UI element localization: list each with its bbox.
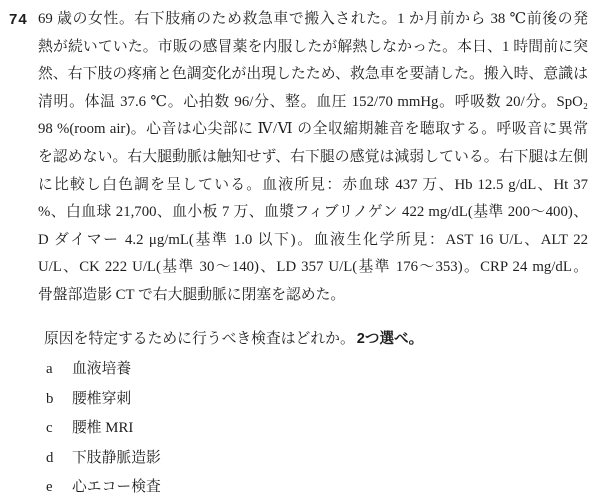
option-b-letter: b — [46, 385, 72, 415]
option-b: b腰椎穿刺 — [46, 385, 566, 415]
select-two-emphasis: 2つ選べ。 — [357, 331, 424, 347]
case-line-4: 清明。体温 37.6 ℃。心拍数 96/分、整。血圧 152/70 mmHg。呼… — [38, 89, 588, 117]
option-d-letter: d — [46, 444, 72, 474]
case-line-3: 然、右下肢の疼痛と色調変化が出現したため、救急車を要請した。搬入時、意識は — [38, 61, 588, 89]
case-line-11: 骨盤部造影 CT で右大腿動脈に閉塞を認めた。 — [38, 282, 588, 310]
case-line-9: D ダイマー 4.2 μg/mL(基準 1.0 以下)。血液生化学所見：AST … — [38, 227, 588, 255]
option-a-letter: a — [46, 355, 72, 385]
option-e-label: 心エコー検査 — [72, 479, 161, 495]
option-c-label: 腰椎 MRI — [72, 420, 133, 436]
case-line-10: U/L、CK 222 U/L(基準 30～140)、LD 357 U/L(基準 … — [38, 254, 588, 282]
option-e: e心エコー検査 — [46, 473, 566, 497]
case-line-5: 98 %(room air)。心音は心尖部に Ⅳ/Ⅵ の全収縮期雑音を聴取する。… — [38, 116, 588, 144]
option-b-label: 腰椎穿刺 — [72, 391, 131, 407]
option-a-label: 血液培養 — [72, 361, 131, 377]
case-description: 69 歳の女性。右下肢痛のため救急車で搬入された。1 か月前から 38 ℃前後の… — [38, 6, 588, 310]
question-stem: 原因を特定するために行うべき検査はどれか。2つ選べ。 — [44, 326, 584, 352]
option-c-letter: c — [46, 414, 72, 444]
case-line-2: 熱が続いていた。市販の感冒薬を内服したが解熱しなかった。本日、1 時間前に突 — [38, 34, 588, 62]
option-a: a血液培養 — [46, 355, 566, 385]
exam-question-page: 74 69 歳の女性。右下肢痛のため救急車で搬入された。1 か月前から 38 ℃… — [0, 0, 590, 497]
question-stem-text: 原因を特定するために行うべき検査はどれか。 — [44, 331, 355, 347]
case-line-8: %、白血球 21,700、血小板 7 万、血漿フィブリノゲン 422 mg/dL… — [38, 199, 588, 227]
option-d: d下肢静脈造影 — [46, 444, 566, 474]
answer-options: a血液培養 b腰椎穿刺 c腰椎 MRI d下肢静脈造影 e心エコー検査 — [46, 355, 566, 497]
case-line-1: 69 歳の女性。右下肢痛のため救急車で搬入された。1 か月前から 38 ℃前後の… — [38, 6, 588, 34]
question-number: 74 — [9, 11, 28, 28]
option-c: c腰椎 MRI — [46, 414, 566, 444]
case-line-7: に比較し白色調を呈している。血液所見：赤血球 437 万、Hb 12.5 g/d… — [38, 172, 588, 200]
option-e-letter: e — [46, 473, 72, 497]
case-line-6: を認めない。右大腿動脈は触知せず、右下腿の感覚は減弱している。右下腿は左側 — [38, 144, 588, 172]
option-d-label: 下肢静脈造影 — [72, 450, 161, 466]
